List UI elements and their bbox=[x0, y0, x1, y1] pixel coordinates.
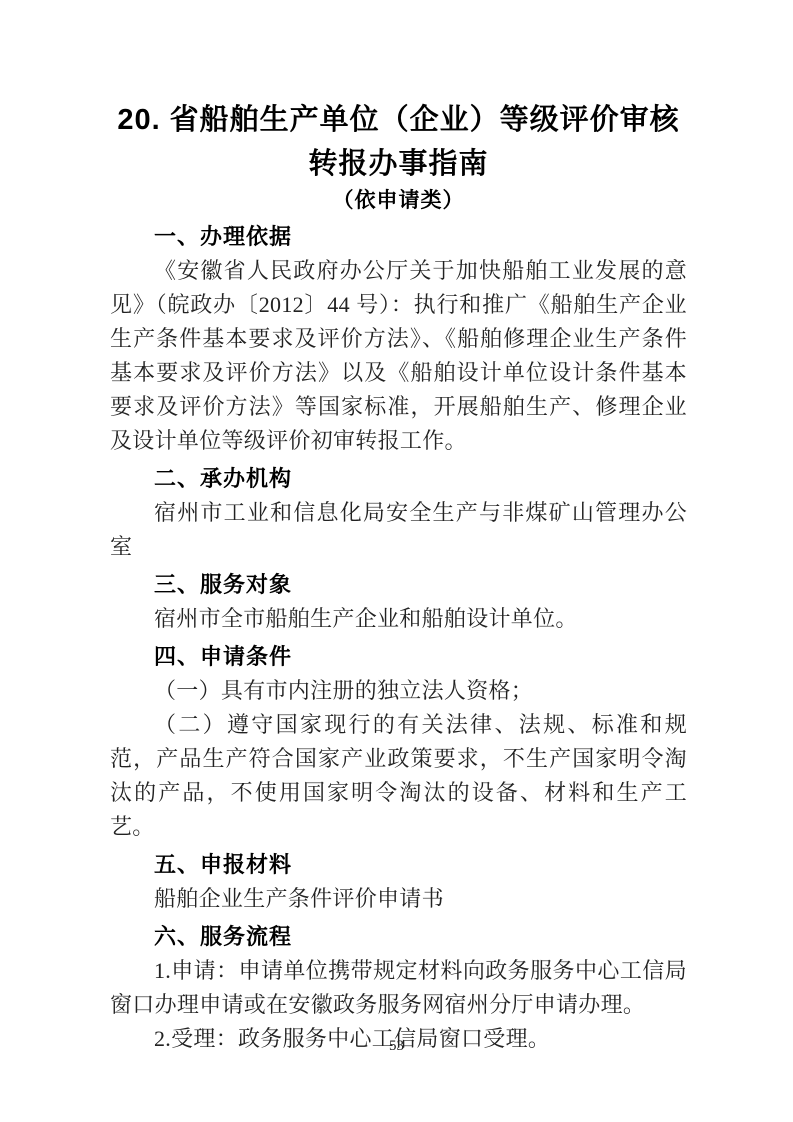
section-heading-materials: 五、申报材料 bbox=[110, 848, 687, 882]
document-page: 20. 省船舶生产单位（企业）等级评价审核 转报办事指南 （依申请类） 一、办理… bbox=[0, 0, 793, 1122]
section-paragraph: 《安徽省人民政府办公厅关于加快船舶工业发展的意见》（皖政办〔2012〕44 号）… bbox=[110, 254, 687, 458]
section-paragraph: （一）具有市内注册的独立法人资格； bbox=[110, 674, 687, 708]
document-title-line1: 20. 省船舶生产单位（企业）等级评价审核 bbox=[110, 98, 687, 142]
section-heading-agency: 二、承办机构 bbox=[110, 462, 687, 496]
section-heading-process: 六、服务流程 bbox=[110, 920, 687, 954]
section-paragraph: （二）遵守国家现行的有关法律、法规、标准和规范，产品生产符合国家产业政策要求，不… bbox=[110, 708, 687, 844]
document-subtitle: （依申请类） bbox=[110, 186, 687, 216]
document-content: 20. 省船舶生产单位（企业）等级评价审核 转报办事指南 （依申请类） 一、办理… bbox=[110, 98, 687, 1056]
section-heading-basis: 一、办理依据 bbox=[110, 220, 687, 254]
section-paragraph: 船舶企业生产条件评价申请书 bbox=[110, 882, 687, 916]
section-heading-conditions: 四、申请条件 bbox=[110, 640, 687, 674]
section-heading-audience: 三、服务对象 bbox=[110, 568, 687, 602]
section-paragraph: 宿州市全市船舶生产企业和船舶设计单位。 bbox=[110, 602, 687, 636]
page-number: 53 bbox=[0, 1036, 793, 1056]
document-title: 20. 省船舶生产单位（企业）等级评价审核 转报办事指南 bbox=[110, 98, 687, 186]
section-paragraph: 1.申请：申请单位携带规定材料向政务服务中心工信局窗口办理申请或在安徽政务服务网… bbox=[110, 954, 687, 1022]
document-title-line2: 转报办事指南 bbox=[110, 142, 687, 186]
section-paragraph: 宿州市工业和信息化局安全生产与非煤矿山管理办公室 bbox=[110, 496, 687, 564]
